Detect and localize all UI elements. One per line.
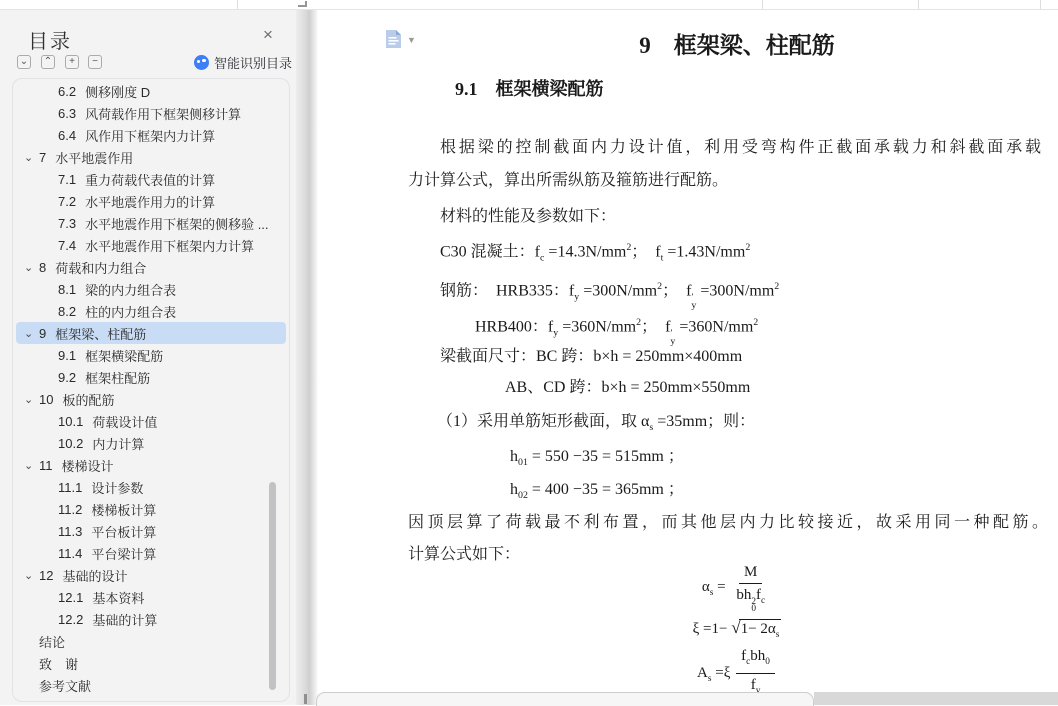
ai-toc-button[interactable]: 智能识别目录 xyxy=(194,53,292,72)
toc-scrollbar-thumb[interactable] xyxy=(269,482,276,690)
toc-item-label: 楼梯板计算 xyxy=(91,500,156,519)
toc-item[interactable]: 11.4 平台梁计算 xyxy=(16,542,286,564)
toc-item[interactable]: ⌄ 8 荷载和内力组合 xyxy=(16,256,286,278)
toc-item-number: 11.4 xyxy=(58,546,82,561)
toc-item[interactable]: 11.2 楼梯板计算 xyxy=(16,498,286,520)
chevron-down-icon[interactable]: ⌄ xyxy=(24,327,39,340)
toc-item-label: 框架横梁配筋 xyxy=(85,346,163,365)
toc-item-label: 平台板计算 xyxy=(91,522,156,541)
doc-paragraph-line: HRB400：fy =360N/mm2； f′y =360N/mm2 xyxy=(475,311,758,346)
toolbar-divider xyxy=(1040,0,1041,9)
toc-item-number: 7 xyxy=(39,150,46,165)
resizer-handle-mark xyxy=(304,694,307,704)
toc-item[interactable]: 8.2 柱的内力组合表 xyxy=(16,300,286,322)
toc-item-number: 10.1 xyxy=(58,414,83,429)
toc-item[interactable]: 6.3 风荷载作用下框架侧移计算 xyxy=(16,102,286,124)
toc-item[interactable]: 7.4 水平地震作用下框架内力计算 xyxy=(16,234,286,256)
doc-paragraph-line: 根据梁的控制截面内力设计值，利用受弯构件正截面承载力和斜截面承载 xyxy=(440,136,1041,160)
subsection-heading: 9.1 框架横梁配筋 xyxy=(455,75,604,101)
bottom-floating-bar[interactable] xyxy=(316,692,814,705)
toc-item[interactable]: 9.1 框架横梁配筋 xyxy=(16,344,286,366)
toc-item-number: 9 xyxy=(39,326,46,341)
document-page: ▼ 9 框架梁、柱配筋 9.1 框架横梁配筋 根据梁的控制截面内力设计值，利用受… xyxy=(318,10,1058,692)
corner-bracket-icon xyxy=(298,1,307,7)
toc-item[interactable]: 11.3 平台板计算 xyxy=(16,520,286,542)
toc-item[interactable]: 8.1 梁的内力组合表 xyxy=(16,278,286,300)
toc-item-label: 基础的设计 xyxy=(62,566,127,585)
toc-item[interactable]: 10.2 内力计算 xyxy=(16,432,286,454)
toc-item[interactable]: 参考文献 xyxy=(16,674,286,696)
toc-item-label: 平台梁计算 xyxy=(91,544,156,563)
toc-item-label: 内力计算 xyxy=(92,434,144,453)
toc-item[interactable]: 10.1 荷载设计值 xyxy=(16,410,286,432)
toc-item-number: 9.2 xyxy=(58,370,76,385)
toc-item[interactable]: 致 谢 xyxy=(16,652,286,674)
toc-item-number: 10.2 xyxy=(58,436,83,451)
chevron-down-icon[interactable]: ⌄ xyxy=(24,393,39,406)
toc-item-label: 板的配筋 xyxy=(62,390,114,409)
toc-item[interactable]: 结论 xyxy=(16,630,286,652)
doc-paragraph-line: （1）采用单筋矩形截面，取 αs =35mm；则： xyxy=(437,410,755,440)
toc-item-label: 梁的内力组合表 xyxy=(85,280,176,299)
toc-item-number: 7.3 xyxy=(58,216,76,231)
toc-item-number: 12.2 xyxy=(58,612,83,627)
chevron-down-icon[interactable]: ⌄ xyxy=(24,459,39,472)
toc-item-label: 风荷载作用下框架侧移计算 xyxy=(85,104,241,123)
toc-item-number: 9.1 xyxy=(58,348,76,363)
ai-toc-label: 智能识别目录 xyxy=(214,53,292,72)
toc-item-label: 荷载和内力组合 xyxy=(55,258,146,277)
toc-item-label: 基础的计算 xyxy=(92,610,157,629)
toc-item[interactable]: 7.2 水平地震作用力的计算 xyxy=(16,190,286,212)
toc-item[interactable]: 6.4 风作用下框架内力计算 xyxy=(16,124,286,146)
doc-paragraph-line: h02 = 400 −35 = 365mm ； xyxy=(510,478,684,508)
toc-item-label: 水平地震作用力的计算 xyxy=(85,192,215,211)
toc-item-label: 水平地震作用 xyxy=(55,148,133,167)
toc-item-number: 7.1 xyxy=(58,172,76,187)
doc-paragraph-line: 钢筋： HRB335：fy =300N/mm2； f′y =300N/mm2 xyxy=(440,275,779,310)
toc-item-number: 12.1 xyxy=(58,590,83,605)
formula-alpha-s: αs = Mbh20fc xyxy=(318,562,1058,613)
toc-item-label: 结论 xyxy=(39,632,65,651)
toc-item-label: 水平地震作用下框架的侧移验 ... xyxy=(85,214,268,233)
chevron-down-icon[interactable]: ⌄ xyxy=(24,261,39,274)
doc-paragraph-line: AB、CD 跨：b×h = 250mm×550mm xyxy=(505,376,750,400)
toc-item[interactable]: 9.2 框架柱配筋 xyxy=(16,366,286,388)
toc-item-label: 致 谢 xyxy=(39,654,78,673)
toolbar-divider xyxy=(237,0,238,9)
toc-item-label: 框架梁、柱配筋 xyxy=(55,324,146,343)
toc-item[interactable]: ⌄ 9 框架梁、柱配筋 xyxy=(16,322,286,344)
toc-item-number: 11 xyxy=(39,458,53,473)
ai-icon xyxy=(194,55,209,70)
toc-item-label: 设计参数 xyxy=(91,478,143,497)
toc-item-label: 荷载设计值 xyxy=(92,412,157,431)
toc-item-label: 参考文献 xyxy=(39,676,91,695)
toc-item-label: 水平地震作用下框架内力计算 xyxy=(85,236,254,255)
toc-item-number: 12 xyxy=(39,568,53,583)
doc-paragraph-line: 因顶层算了荷载最不利布置，而其他层内力比较接近，故采用同一种配筋。 xyxy=(408,511,1048,535)
toolbar-divider xyxy=(762,0,763,9)
toc-item[interactable]: 12.1 基本资料 xyxy=(16,586,286,608)
toc-item-label: 风作用下框架内力计算 xyxy=(85,126,215,145)
toc-list: 6.2 侧移刚度 D 6.3 风荷载作用下框架侧移计算 6.4 风作用下框架内力… xyxy=(12,78,290,702)
close-icon[interactable]: × xyxy=(263,26,273,43)
section-heading: 9 框架梁、柱配筋 xyxy=(318,27,1058,60)
chevron-down-icon[interactable]: ⌄ xyxy=(24,151,39,164)
toc-item-label: 基本资料 xyxy=(92,588,144,607)
toc-item[interactable]: ⌄ 7 水平地震作用 xyxy=(16,146,286,168)
toc-item-label: 重力荷载代表值的计算 xyxy=(85,170,215,189)
toc-item-number: 6.2 xyxy=(58,84,76,99)
toc-item-number: 7.2 xyxy=(58,194,76,209)
expand-node-button[interactable]: + xyxy=(65,55,79,69)
toc-item-number: 11.2 xyxy=(58,502,82,517)
toc-item-number: 6.4 xyxy=(58,128,76,143)
toc-item-number: 10 xyxy=(39,392,53,407)
doc-paragraph-line: C30 混凝土：fc =14.3N/mm2； ft =1.43N/mm2 xyxy=(440,236,750,271)
expand-all-button[interactable]: ⌄ xyxy=(17,55,31,69)
doc-paragraph-line: 力计算公式，算出所需纵筋及箍筋进行配筋。 xyxy=(408,169,728,193)
toc-item[interactable]: ⌄ 12 基础的设计 xyxy=(16,564,286,586)
collapse-node-button[interactable]: − xyxy=(88,55,102,69)
toc-item-label: 框架柱配筋 xyxy=(85,368,150,387)
toolbar-divider xyxy=(918,0,919,9)
chevron-down-icon[interactable]: ⌄ xyxy=(24,569,39,582)
doc-paragraph-line: h01 = 550 −35 = 515mm ； xyxy=(510,445,684,475)
formula-xi: ξ =1− √1− 2αs xyxy=(318,618,1058,645)
toc-item-number: 8.1 xyxy=(58,282,76,297)
toc-item-number: 11.1 xyxy=(58,480,82,495)
toc-item[interactable]: 7.1 重力荷载代表值的计算 xyxy=(16,168,286,190)
toc-item-number: 11.3 xyxy=(58,524,82,539)
top-toolbar-remnant xyxy=(0,0,1058,10)
toc-item-label: 柱的内力组合表 xyxy=(85,302,176,321)
toc-item-number: 8 xyxy=(39,260,46,275)
panel-title: 目录 xyxy=(28,25,72,54)
toc-panel: 目录 × ⌄ ⌃ + − 智能识别目录 6.2 侧移刚度 D 6.3 风荷载作用… xyxy=(0,10,296,705)
toc-item-number: 8.2 xyxy=(58,304,76,319)
toc-item[interactable]: ⌄ 11 楼梯设计 xyxy=(16,454,286,476)
toc-item-label: 楼梯设计 xyxy=(62,456,114,475)
toc-item[interactable]: 12.2 基础的计算 xyxy=(16,608,286,630)
panel-resizer[interactable] xyxy=(296,10,318,705)
toc-item[interactable]: 7.3 水平地震作用下框架的侧移验 ... xyxy=(16,212,286,234)
doc-paragraph-line: 材料的性能及参数如下： xyxy=(440,205,616,229)
toc-item-label: 侧移刚度 D xyxy=(85,82,150,101)
toc-item[interactable]: ⌄ 10 板的配筋 xyxy=(16,388,286,410)
toc-item-number: 6.3 xyxy=(58,106,76,121)
doc-paragraph-line: 梁截面尺寸：BC 跨：b×h = 250mm×400mm xyxy=(440,345,742,369)
toc-item[interactable]: 11.1 设计参数 xyxy=(16,476,286,498)
toc-item[interactable]: 6.2 侧移刚度 D xyxy=(16,80,286,102)
toc-item-number: 7.4 xyxy=(58,238,76,253)
collapse-all-button[interactable]: ⌃ xyxy=(41,55,55,69)
bottom-strip xyxy=(814,692,1058,705)
